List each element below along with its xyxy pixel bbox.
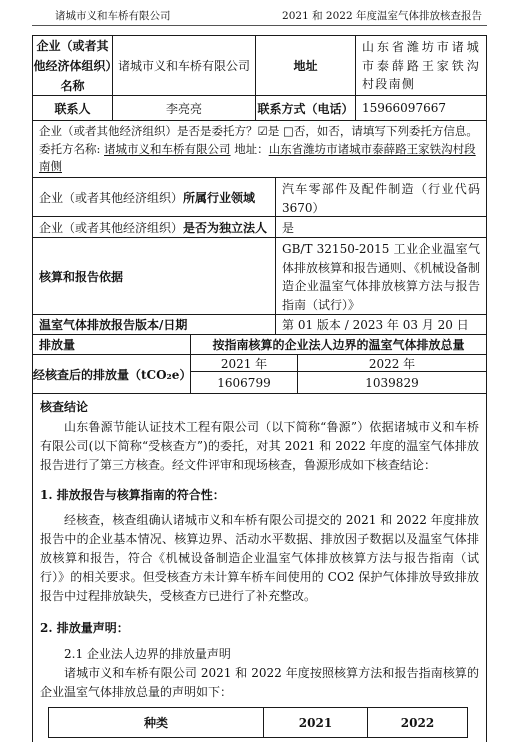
table-row: 企业（或者其他经济组织）所属行业领域 汽车零部件及配件制造（行业代码 3670） xyxy=(33,178,486,217)
section2-body: 诸城市义和车桥有限公司 2021 和 2022 年度按照核算方法和报告指南核算的… xyxy=(40,664,479,702)
conclusion-cell: 核查结论 山东鲁源节能认证技术工程有限公司（以下简称“鲁源”）依据诸城市义和车桥… xyxy=(33,394,486,742)
page-header: 诸城市义和车桥有限公司 2021 和 2022 年度温室气体排放核查报告 xyxy=(32,8,487,26)
section2-subtitle: 2.1 企业法人边界的排放量声明 xyxy=(40,645,479,664)
verified-emission-values: 2021 年 2022 年 1606799 1039829 xyxy=(191,355,486,393)
emission-label: 排放量 xyxy=(33,335,191,354)
contact-value: 李亮亮 xyxy=(113,96,256,120)
client-address-label: 地址： xyxy=(234,142,269,156)
basis-label: 核算和报告依据 xyxy=(33,238,276,314)
emission-value-2022: 1039829 xyxy=(298,372,486,393)
emission-scope-header: 按指南核算的企业法人边界的温室气体排放总量 xyxy=(191,335,486,354)
legal-person-value: 是 xyxy=(276,217,486,237)
report-version-label: 温室气体排放报告版本/日期 xyxy=(33,315,276,334)
table-row: 核算和报告依据 GB/T 32150-2015 工业企业温室气体排放核算和报告通… xyxy=(33,238,486,315)
conclusion-intro: 山东鲁源节能认证技术工程有限公司（以下简称“鲁源”）依据诸城市义和车桥有限公司(… xyxy=(40,418,479,475)
value-row: 1606799 1039829 xyxy=(191,372,486,393)
company-name-label: 企业（或者其他经济体组织）名称 xyxy=(33,36,113,95)
table-row: 温室气体排放报告版本/日期 第 01 版本 / 2023 年 03 月 20 日 xyxy=(33,315,486,335)
legal-label-bold: 是否为独立法人 xyxy=(183,219,267,236)
table-row: 经核查后的排放量（tCO₂e） 2021 年 2022 年 1606799 10… xyxy=(33,355,486,394)
report-info-table: 企业（或者其他经济体组织）名称 诸城市义和车桥有限公司 地址 山东省潍坊市诸城市… xyxy=(32,35,487,742)
industry-label-prefix: 企业（或者其他经济组织） xyxy=(39,189,183,206)
phone-value: 15966097667 xyxy=(356,96,486,120)
address-label: 地址 xyxy=(256,36,356,95)
checkbox-yes-checked-icon: ☑ xyxy=(258,124,268,138)
year-header-row: 2021 年 2022 年 xyxy=(191,355,486,372)
table-row: 排放量 按指南核算的企业法人边界的温室气体排放总量 xyxy=(33,335,486,355)
industry-label-bold: 所属行业领域 xyxy=(183,189,255,206)
declaration-col-type: 种类 xyxy=(49,708,264,737)
basis-value: GB/T 32150-2015 工业企业温室气体排放核算和报告通则、《机械设备制… xyxy=(276,238,486,314)
report-version-value: 第 01 版本 / 2023 年 03 月 20 日 xyxy=(276,315,486,334)
industry-value: 汽车零部件及配件制造（行业代码 3670） xyxy=(276,178,486,216)
table-row: 企业（或者其他经济体组织）名称 诸城市义和车桥有限公司 地址 山东省潍坊市诸城市… xyxy=(33,36,486,96)
declaration-col-2021: 2021 xyxy=(264,708,368,737)
table-row: 联系人 李亮亮 联系方式（电话） 15966097667 xyxy=(33,96,486,121)
year-2022-header: 2022 年 xyxy=(298,355,486,371)
table-row: 企业（或者其他经济组织）是否是委托方？☑是 □否，如否，请填写下列委托方信息。 … xyxy=(33,121,486,178)
section2-title: 2. 排放量声明： xyxy=(40,619,479,638)
document-page: 诸城市义和车桥有限公司 2021 和 2022 年度温室气体排放核查报告 企业（… xyxy=(0,0,520,742)
client-question-text: 企业（或者其他经济组织）是否是委托方？ xyxy=(39,124,258,138)
declaration-col-2022: 2022 xyxy=(368,708,467,737)
legal-person-label: 企业（或者其他经济组织）是否为独立法人 xyxy=(33,217,276,237)
verified-emission-label: 经核查后的排放量（tCO₂e） xyxy=(33,355,191,393)
header-company: 诸城市义和车桥有限公司 xyxy=(55,8,171,23)
client-question-cell: 企业（或者其他经济组织）是否是委托方？☑是 □否，如否，请填写下列委托方信息。 … xyxy=(33,121,486,177)
address-value: 山东省潍坊市诸城市泰薛路王家铁沟村段南侧 xyxy=(356,36,486,95)
year-2021-header: 2021 年 xyxy=(191,355,298,371)
declaration-table-header-row: 种类 2021 2022 xyxy=(48,707,468,738)
client-name-label: 委托方名称: xyxy=(39,142,100,156)
section1-body: 经核查，核查组确认诸城市义和车桥有限公司提交的 2021 和 2022 年度排放… xyxy=(40,511,479,606)
industry-label: 企业（或者其他经济组织）所属行业领域 xyxy=(33,178,276,216)
checkbox-no-icon: □ xyxy=(283,124,294,138)
header-report-title: 2021 和 2022 年度温室气体排放核查报告 xyxy=(282,8,482,23)
phone-label: 联系方式（电话） xyxy=(256,96,356,120)
client-yes-label: 是 xyxy=(268,124,280,138)
client-name-value: 诸城市义和车桥有限公司 xyxy=(104,142,231,156)
section1-title: 1. 排放报告与核算指南的符合性： xyxy=(40,486,479,505)
client-no-text: 否，如否，请填写下列委托方信息。 xyxy=(294,124,478,138)
conclusion-title: 核查结论 xyxy=(40,398,479,416)
legal-label-prefix: 企业（或者其他经济组织） xyxy=(39,219,183,236)
table-row: 企业（或者其他经济组织）是否为独立法人 是 xyxy=(33,217,486,238)
company-name-value: 诸城市义和车桥有限公司 xyxy=(113,36,256,95)
emission-value-2021: 1606799 xyxy=(191,372,298,393)
contact-label: 联系人 xyxy=(33,96,113,120)
